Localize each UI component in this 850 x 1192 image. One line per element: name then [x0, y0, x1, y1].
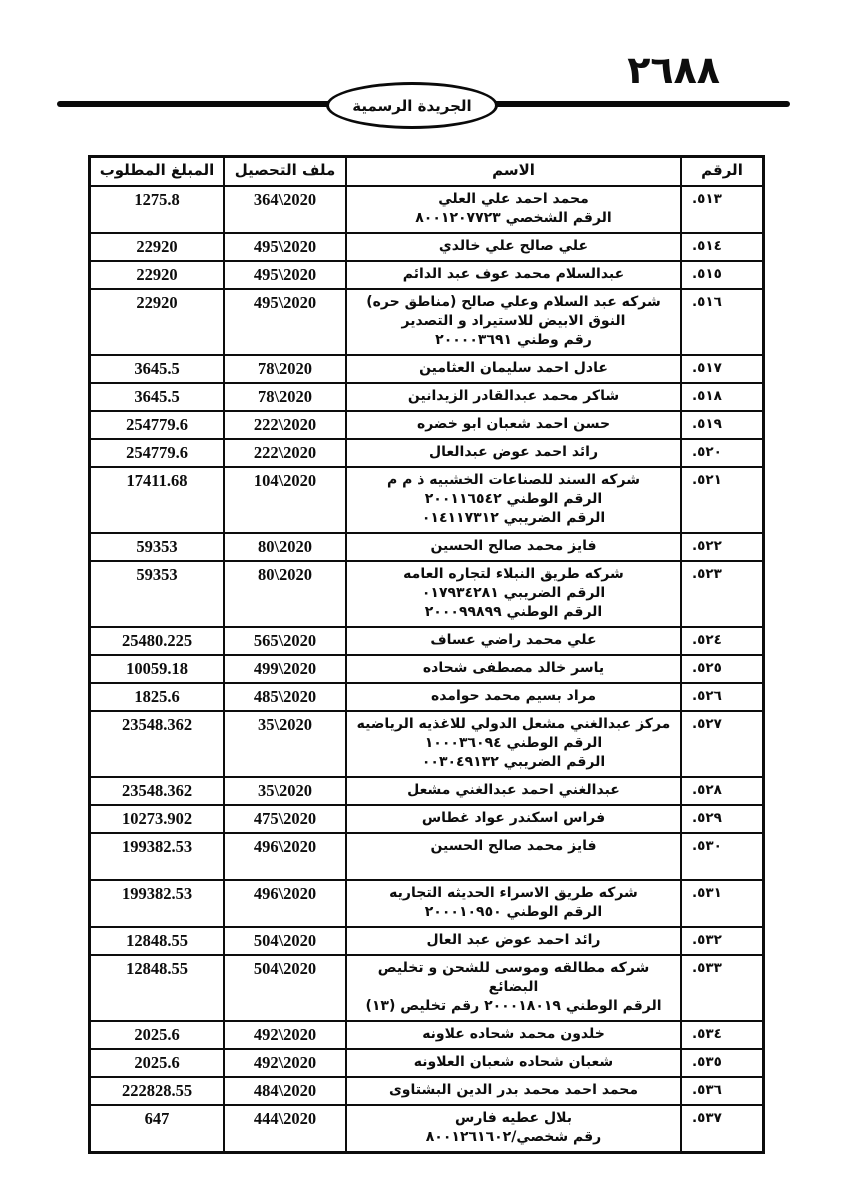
- amount-cell: 10059.18: [91, 656, 223, 682]
- name-cell: خلدون محمد شحاده علاونه: [345, 1022, 680, 1048]
- row-number-cell: ٥١٧.: [680, 356, 762, 382]
- table-row: ٥٢٥. ياسر خالد مصطفى شحاده 499\2020 1005…: [91, 656, 762, 684]
- amount-cell: 59353: [91, 534, 223, 560]
- table-row: ٥٢١. شركه السند للصناعات الخشبيه ذ م مال…: [91, 468, 762, 534]
- row-number-cell: ٥٢٩.: [680, 806, 762, 832]
- name-cell: شركه طريق النبلاء لتجاره العامهالرقم الض…: [345, 562, 680, 626]
- file-cell: 504\2020: [223, 956, 345, 1020]
- table-row: ٥٣٤. خلدون محمد شحاده علاونه 492\2020 20…: [91, 1022, 762, 1050]
- row-number-cell: ٥٣٧.: [680, 1106, 762, 1151]
- file-cell: 495\2020: [223, 262, 345, 288]
- file-cell: 496\2020: [223, 834, 345, 879]
- amount-cell: 12848.55: [91, 956, 223, 1020]
- file-cell: 35\2020: [223, 712, 345, 776]
- file-cell: 495\2020: [223, 234, 345, 260]
- name-cell: مراد بسيم محمد حوامده: [345, 684, 680, 710]
- row-number-cell: ٥١٦.: [680, 290, 762, 354]
- file-cell: 80\2020: [223, 562, 345, 626]
- table-row: ٥٢٩. فراس اسكندر عواد غطاس 475\2020 1027…: [91, 806, 762, 834]
- amount-cell: 1275.8: [91, 187, 223, 232]
- amount-cell: 22920: [91, 290, 223, 354]
- row-number-cell: ٥١٨.: [680, 384, 762, 410]
- name-cell: شركه السند للصناعات الخشبيه ذ م مالرقم ا…: [345, 468, 680, 532]
- header-name: الاسم: [345, 158, 680, 185]
- amount-cell: 199382.53: [91, 881, 223, 926]
- table-row: ٥٢٣. شركه طريق النبلاء لتجاره العامهالرق…: [91, 562, 762, 628]
- table-row: ٥٢٧. مركز عبدالغني مشعل الدولي للاغذيه ا…: [91, 712, 762, 778]
- name-cell: رائد احمد عوض عبدالعال: [345, 440, 680, 466]
- table-header-row: الرقم الاسم ملف التحصيل المبلغ المطلوب: [91, 158, 762, 187]
- name-line: الرقم الوطني ٢٠٠٠١٨٠١٩ رقم تخليص (١٣): [351, 997, 676, 1016]
- table-row: ٥٢٤. علي محمد راضي عساف 565\2020 25480.2…: [91, 628, 762, 656]
- name-cell: شعبان شحاده شعبان العلاونه: [345, 1050, 680, 1076]
- name-line: ياسر خالد مصطفى شحاده: [351, 659, 676, 678]
- row-number-cell: ٥٣٦.: [680, 1078, 762, 1104]
- file-cell: 499\2020: [223, 656, 345, 682]
- name-line: الرقم الوطني ٢٠٠١١٦٥٤٢: [351, 490, 676, 509]
- amount-cell: 23548.362: [91, 712, 223, 776]
- name-line: علي محمد راضي عساف: [351, 631, 676, 650]
- amount-cell: 17411.68: [91, 468, 223, 532]
- table-row: ٥٢٦. مراد بسيم محمد حوامده 485\2020 1825…: [91, 684, 762, 712]
- page-number: ٢٦٨٨: [627, 48, 720, 92]
- table-row: ٥١٤. علي صالح علي خالدي 495\2020 22920: [91, 234, 762, 262]
- name-line: شركه عبد السلام وعلي صالح (مناطق حره): [351, 293, 676, 312]
- table-row: ٥٣٠. فايز محمد صالح الحسين 496\2020 1993…: [91, 834, 762, 881]
- amount-cell: 12848.55: [91, 928, 223, 954]
- name-cell: رائد احمد عوض عبد العال: [345, 928, 680, 954]
- file-cell: 222\2020: [223, 412, 345, 438]
- name-cell: مركز عبدالغني مشعل الدولي للاغذيه الرياض…: [345, 712, 680, 776]
- header-number: الرقم: [680, 158, 762, 185]
- table-row: ٥٣٦. محمد احمد محمد بدر الدين البشتاوى 4…: [91, 1078, 762, 1106]
- row-number-cell: ٥٣٥.: [680, 1050, 762, 1076]
- name-line: شعبان شحاده شعبان العلاونه: [351, 1053, 676, 1072]
- name-cell: شركه طريق الاسراء الحديثه التجاريهالرقم …: [345, 881, 680, 926]
- name-cell: محمد احمد محمد بدر الدين البشتاوى: [345, 1078, 680, 1104]
- file-cell: 444\2020: [223, 1106, 345, 1151]
- row-number-cell: ٥٣٣.: [680, 956, 762, 1020]
- table-row: ٥٢٨. عبدالغني احمد عبدالغني مشعل 35\2020…: [91, 778, 762, 806]
- file-cell: 475\2020: [223, 806, 345, 832]
- name-line: الرقم الشخصي ٨٠٠١٢٠٧٧٢٣: [351, 209, 676, 228]
- amount-cell: 1825.6: [91, 684, 223, 710]
- file-cell: 492\2020: [223, 1022, 345, 1048]
- row-number-cell: ٥٢١.: [680, 468, 762, 532]
- file-cell: 484\2020: [223, 1078, 345, 1104]
- name-line: شركه السند للصناعات الخشبيه ذ م م: [351, 471, 676, 490]
- file-cell: 80\2020: [223, 534, 345, 560]
- amount-cell: 254779.6: [91, 440, 223, 466]
- header-file: ملف التحصيل: [223, 158, 345, 185]
- table-row: ٥٢٠. رائد احمد عوض عبدالعال 222\2020 254…: [91, 440, 762, 468]
- table-row: ٥٣٧. بلال عطيه فارسرقم شخصي/٨٠٠١٢٦١٦٠٢ 4…: [91, 1106, 762, 1151]
- table-row: ٥١٧. عادل احمد سليمان العثامين 78\2020 3…: [91, 356, 762, 384]
- name-line: الرقم الضريبي ٠٠٣٠٤٩١٣٢: [351, 753, 676, 772]
- name-line: رقم شخصي/٨٠٠١٢٦١٦٠٢: [351, 1128, 676, 1147]
- name-line: الرقم الضريبي ٠١٤١١٧٣١٢: [351, 509, 676, 528]
- name-line: الرقم الوطني ٢٠٠٠١٠٩٥٠: [351, 903, 676, 922]
- name-line: خلدون محمد شحاده علاونه: [351, 1025, 676, 1044]
- table-row: ٥٢٢. فايز محمد صالح الحسين 80\2020 59353: [91, 534, 762, 562]
- file-cell: 222\2020: [223, 440, 345, 466]
- name-cell: علي محمد راضي عساف: [345, 628, 680, 654]
- name-line: شاكر محمد عبدالقادر الزيدانين: [351, 387, 676, 406]
- name-line: فايز محمد صالح الحسين: [351, 837, 676, 856]
- row-number-cell: ٥١٥.: [680, 262, 762, 288]
- name-cell: شركه مطالقه وموسى للشحن و تخليص البضائعا…: [345, 956, 680, 1020]
- row-number-cell: ٥٣١.: [680, 881, 762, 926]
- table-row: ٥١٩. حسن احمد شعبان ابو خضره 222\2020 25…: [91, 412, 762, 440]
- table-row: ٥١٨. شاكر محمد عبدالقادر الزيدانين 78\20…: [91, 384, 762, 412]
- file-cell: 35\2020: [223, 778, 345, 804]
- file-cell: 504\2020: [223, 928, 345, 954]
- name-line: علي صالح علي خالدي: [351, 237, 676, 256]
- name-line: رائد احمد عوض عبدالعال: [351, 443, 676, 462]
- table-row: ٥١٣. محمد احمد علي العليالرقم الشخصي ٨٠٠…: [91, 187, 762, 234]
- amount-cell: 10273.902: [91, 806, 223, 832]
- row-number-cell: ٥٢٣.: [680, 562, 762, 626]
- file-cell: 364\2020: [223, 187, 345, 232]
- name-cell: فايز محمد صالح الحسين: [345, 534, 680, 560]
- gazette-page: ٢٦٨٨ الجريدة الرسمية الرقم الاسم ملف الت…: [0, 0, 850, 1192]
- name-cell: عبدالغني احمد عبدالغني مشعل: [345, 778, 680, 804]
- name-line: بلال عطيه فارس: [351, 1109, 676, 1128]
- name-line: مركز عبدالغني مشعل الدولي للاغذيه الرياض…: [351, 715, 676, 734]
- table-row: ٥٣١. شركه طريق الاسراء الحديثه التجاريها…: [91, 881, 762, 928]
- name-cell: عبدالسلام محمد عوف عبد الدائم: [345, 262, 680, 288]
- row-number-cell: ٥٢٥.: [680, 656, 762, 682]
- name-cell: علي صالح علي خالدي: [345, 234, 680, 260]
- file-cell: 565\2020: [223, 628, 345, 654]
- name-line: شركه طريق الاسراء الحديثه التجاريه: [351, 884, 676, 903]
- amount-cell: 199382.53: [91, 834, 223, 879]
- file-cell: 78\2020: [223, 356, 345, 382]
- amount-cell: 3645.5: [91, 356, 223, 382]
- name-line: محمد احمد علي العلي: [351, 190, 676, 209]
- row-number-cell: ٥١٩.: [680, 412, 762, 438]
- amount-cell: 22920: [91, 262, 223, 288]
- row-number-cell: ٥٢٤.: [680, 628, 762, 654]
- amount-cell: 2025.6: [91, 1022, 223, 1048]
- name-cell: حسن احمد شعبان ابو خضره: [345, 412, 680, 438]
- name-line: الرقم الوطني ٢٠٠٠٩٩٨٩٩: [351, 603, 676, 622]
- name-line: فايز محمد صالح الحسين: [351, 537, 676, 556]
- amount-cell: 59353: [91, 562, 223, 626]
- name-cell: فايز محمد صالح الحسين: [345, 834, 680, 879]
- row-number-cell: ٥٢٠.: [680, 440, 762, 466]
- table-row: ٥٣٣. شركه مطالقه وموسى للشحن و تخليص الب…: [91, 956, 762, 1022]
- name-line: حسن احمد شعبان ابو خضره: [351, 415, 676, 434]
- header-amount: المبلغ المطلوب: [91, 158, 223, 185]
- name-line: مراد بسيم محمد حوامده: [351, 687, 676, 706]
- row-number-cell: ٥٢٧.: [680, 712, 762, 776]
- amount-cell: 3645.5: [91, 384, 223, 410]
- table-row: ٥٣٥. شعبان شحاده شعبان العلاونه 492\2020…: [91, 1050, 762, 1078]
- row-number-cell: ٥٢٨.: [680, 778, 762, 804]
- table-row: ٥١٥. عبدالسلام محمد عوف عبد الدائم 495\2…: [91, 262, 762, 290]
- row-number-cell: ٥٣٠.: [680, 834, 762, 879]
- name-cell: شركه عبد السلام وعلي صالح (مناطق حره)الن…: [345, 290, 680, 354]
- name-cell: محمد احمد علي العليالرقم الشخصي ٨٠٠١٢٠٧٧…: [345, 187, 680, 232]
- table-rows: ٥١٣. محمد احمد علي العليالرقم الشخصي ٨٠٠…: [91, 187, 762, 1151]
- name-cell: شاكر محمد عبدالقادر الزيدانين: [345, 384, 680, 410]
- file-cell: 485\2020: [223, 684, 345, 710]
- name-line: عبدالسلام محمد عوف عبد الدائم: [351, 265, 676, 284]
- row-number-cell: ٥٢٦.: [680, 684, 762, 710]
- name-cell: بلال عطيه فارسرقم شخصي/٨٠٠١٢٦١٦٠٢: [345, 1106, 680, 1151]
- gazette-banner-label: الجريدة الرسمية: [352, 97, 471, 115]
- row-number-cell: ٥١٤.: [680, 234, 762, 260]
- name-line: عادل احمد سليمان العثامين: [351, 359, 676, 378]
- file-cell: 496\2020: [223, 881, 345, 926]
- amount-cell: 23548.362: [91, 778, 223, 804]
- name-cell: عادل احمد سليمان العثامين: [345, 356, 680, 382]
- file-cell: 492\2020: [223, 1050, 345, 1076]
- row-number-cell: ٥٢٢.: [680, 534, 762, 560]
- row-number-cell: ٥٣٤.: [680, 1022, 762, 1048]
- name-line: شركه مطالقه وموسى للشحن و تخليص البضائع: [351, 959, 676, 997]
- amount-cell: 254779.6: [91, 412, 223, 438]
- row-number-cell: ٥١٣.: [680, 187, 762, 232]
- name-line: الرقم الضريبي ٠١٧٩٣٤٢٨١: [351, 584, 676, 603]
- name-line: فراس اسكندر عواد غطاس: [351, 809, 676, 828]
- amount-cell: 647: [91, 1106, 223, 1151]
- name-line: شركه طريق النبلاء لتجاره العامه: [351, 565, 676, 584]
- amount-cell: 2025.6: [91, 1050, 223, 1076]
- name-cell: فراس اسكندر عواد غطاس: [345, 806, 680, 832]
- row-number-cell: ٥٣٢.: [680, 928, 762, 954]
- records-table: الرقم الاسم ملف التحصيل المبلغ المطلوب ٥…: [88, 155, 765, 1154]
- gazette-banner: الجريدة الرسمية: [326, 82, 498, 129]
- file-cell: 104\2020: [223, 468, 345, 532]
- amount-cell: 22920: [91, 234, 223, 260]
- name-line: عبدالغني احمد عبدالغني مشعل: [351, 781, 676, 800]
- name-line: النوق الابيض للاستيراد و التصدير: [351, 312, 676, 331]
- name-line: الرقم الوطني ١٠٠٠٣٦٠٩٤: [351, 734, 676, 753]
- file-cell: 78\2020: [223, 384, 345, 410]
- amount-cell: 25480.225: [91, 628, 223, 654]
- name-line: رائد احمد عوض عبد العال: [351, 931, 676, 950]
- amount-cell: 222828.55: [91, 1078, 223, 1104]
- name-line: محمد احمد محمد بدر الدين البشتاوى: [351, 1081, 676, 1100]
- name-cell: ياسر خالد مصطفى شحاده: [345, 656, 680, 682]
- name-line: رقم وطني ٢٠٠٠٠٣٦٩١: [351, 331, 676, 350]
- file-cell: 495\2020: [223, 290, 345, 354]
- table-row: ٥١٦. شركه عبد السلام وعلي صالح (مناطق حر…: [91, 290, 762, 356]
- name-line: [351, 856, 676, 875]
- table-row: ٥٣٢. رائد احمد عوض عبد العال 504\2020 12…: [91, 928, 762, 956]
